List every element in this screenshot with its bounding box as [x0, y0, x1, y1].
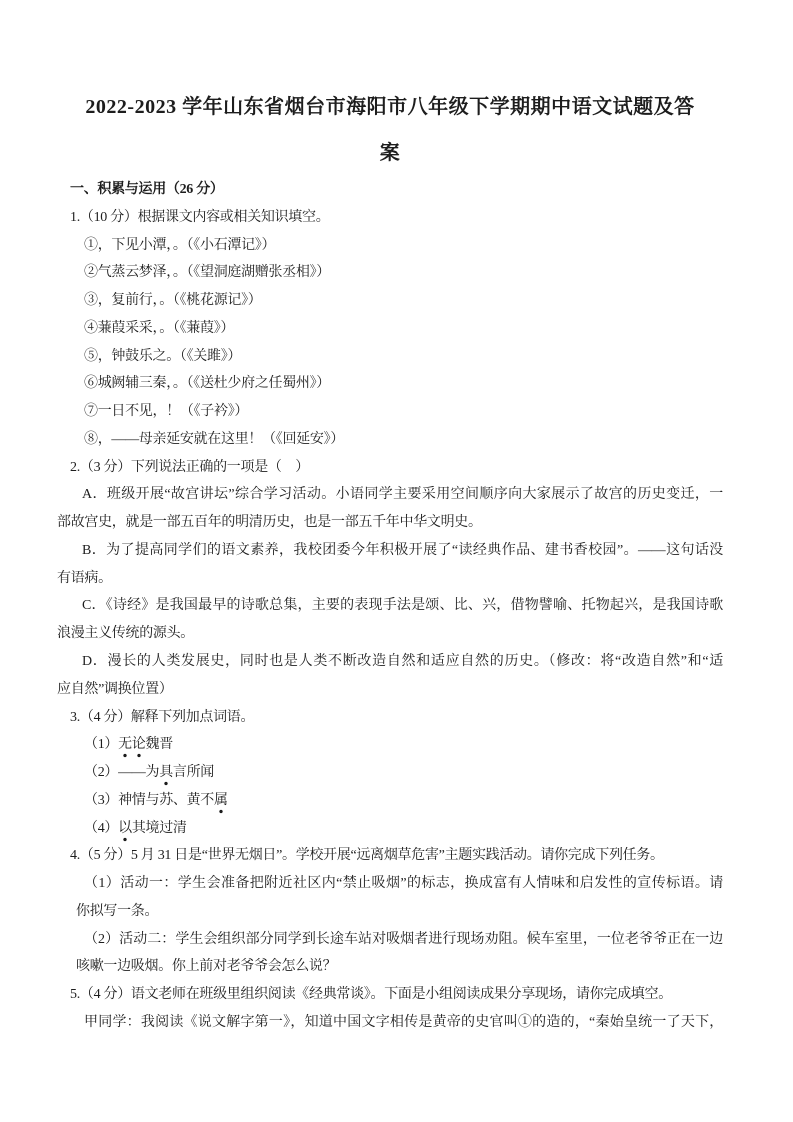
- q2-option-d-line-2: 应自然”调换位置）: [57, 676, 723, 704]
- q1-blank-item-5: ⑤，钟鼓乐之。（《关雎》）: [57, 343, 723, 371]
- q2-option-a-line-1: A．班级开展“故宫讲坛”综合学习活动。小语同学主要采用空间顺序向大家展示了故宫的…: [57, 481, 723, 509]
- q3-item-4-pre: （4）: [84, 821, 118, 836]
- q3-gloss-item-4: （4）以其境过清: [57, 815, 723, 843]
- document-title-line-2: 案: [57, 130, 723, 176]
- q3-gloss-item-1: （1）无论魏晋: [57, 731, 723, 759]
- q1-blank-item-4: ④蒹葭采采，。（《蒹葭》）: [57, 315, 723, 343]
- question-1-stem: 1.（10 分）根据课文内容或相关知识填空。: [57, 204, 723, 232]
- q2-option-b-line-1: B．为了提高同学们的语文素养，我校团委今年积极开展了“读经典作品、建书香校园”。…: [57, 537, 723, 565]
- q1-blank-item-1: ①，下见小潭，。（《小石潭记》）: [57, 232, 723, 260]
- q2-option-d-line-1: D．漫长的人类发展史，同时也是人类不断改造自然和适应自然的历史。（修改：将“改造…: [57, 648, 723, 676]
- q3-item-2-post: 言所闻: [173, 765, 214, 780]
- q1-blank-item-6: ⑥城阙辅三秦，。（《送杜少府之任蜀州》）: [57, 370, 723, 398]
- exam-document-page: 2022-2023 学年山东省烟台市海阳市八年级下学期期中语文试题及答 案 一、…: [0, 0, 793, 1122]
- document-title-line-1: 2022-2023 学年山东省烟台市海阳市八年级下学期期中语文试题及答: [57, 84, 723, 130]
- question-5-stem: 5.（4 分）语文老师在班级里组织阅读《经典常谈》。下面是小组阅读成果分享现场，…: [57, 981, 723, 1009]
- q4-task-1-line-2: 你拟写一条。: [57, 898, 723, 926]
- q3-item-4-emphasized: 以: [118, 821, 132, 842]
- q3-item-3-pre: （3）神情与苏、黄不: [84, 793, 214, 808]
- q3-item-1-post: 魏晋: [146, 737, 173, 752]
- question-4-stem: 4.（5 分）5 月 31 日是“世界无烟日”。学校开展“远离烟草危害”主题实践…: [57, 842, 723, 870]
- q2-option-c-line-2: 浪漫主义传统的源头。: [57, 620, 723, 648]
- q3-item-2-emphasized: 具: [159, 765, 173, 786]
- q3-gloss-item-3: （3）神情与苏、黄不属: [57, 787, 723, 815]
- question-3-stem: 3.（4 分）解释下列加点词语。: [57, 704, 723, 732]
- q3-item-4-post: 其境过清: [132, 821, 187, 836]
- q2-option-a-line-2: 部故宫史，就是一部五百年的明清历史，也是一部五千年中华文明史。: [57, 509, 723, 537]
- q3-item-2-pre: （2）——为: [84, 765, 159, 780]
- q3-gloss-item-2: （2）——为具言所闻: [57, 759, 723, 787]
- question-2-stem: 2.（3 分）下列说法正确的一项是（ ）: [57, 454, 723, 482]
- section-heading: 一、积累与运用（26 分）: [57, 176, 723, 204]
- q4-task-2-line-2: 咳嗽一边吸烟。你上前对老爷爷会怎么说？: [57, 953, 723, 981]
- q5-student-a-line: 甲同学：我阅读《说文解字第一》，知道中国文字相传是黄帝的史官叫①的造的，“秦始皇…: [57, 1009, 723, 1037]
- q3-item-3-emphasized: 属: [214, 793, 228, 814]
- q2-option-b-line-2: 有语病。: [57, 565, 723, 593]
- q2-option-c-line-1: C．《诗经》是我国最早的诗歌总集，主要的表现手法是颂、比、兴，借物譬喻、托物起兴…: [57, 592, 723, 620]
- q1-blank-item-8: ⑧，——母亲延安就在这里！（《回延安》）: [57, 426, 723, 454]
- q3-item-1-pre: （1）: [84, 737, 118, 752]
- q3-item-1-emphasized: 无论: [118, 737, 145, 758]
- q4-task-2-line-1: （2）活动二：学生会组织部分同学到长途车站对吸烟者进行现场劝阻。候车室里，一位老…: [57, 926, 723, 954]
- q1-blank-item-3: ③，复前行，。（《桃花源记》）: [57, 287, 723, 315]
- q1-blank-item-7: ⑦一日不见，！（《子衿》）: [57, 398, 723, 426]
- q4-task-1-line-1: （1）活动一：学生会准备把附近社区内“禁止吸烟”的标志，换成富有人情味和启发性的…: [57, 870, 723, 898]
- q1-blank-item-2: ②气蒸云梦泽，。（《望洞庭湖赠张丞相》）: [57, 259, 723, 287]
